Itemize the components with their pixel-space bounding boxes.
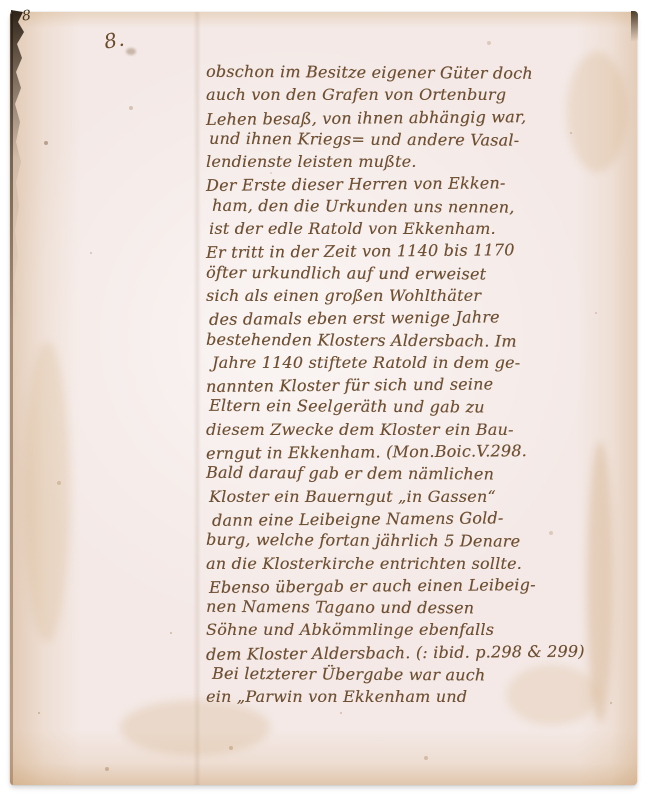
manuscript-line: burg, welche fortan jährlich 5 Denare (206, 529, 631, 554)
manuscript-line: Söhne und Abkömmlinge ebenfalls (206, 619, 631, 641)
ink-smudge (126, 48, 136, 55)
manuscript-line: auch von den Grafen von Ortenburg (206, 84, 631, 106)
manuscript-line: lendienste leisten mußte. (206, 151, 631, 173)
manuscript-line: Er tritt in der Zeit von 1140 bis 1170 (206, 239, 631, 265)
manuscript-line: Kloster ein Bauerngut „in Gassen“ (206, 486, 631, 508)
page-number: 8 (21, 8, 32, 25)
manuscript-line: nen Namens Tagano und dessen (206, 596, 631, 621)
manuscript-line: Eltern ein Seelgeräth und gab zu (206, 395, 631, 420)
paper-speckles (10, 12, 12, 14)
scan-background: 8 8. obschon im Besitze eigener Güter do… (0, 0, 650, 800)
manuscript-line: Lehen besaß, von ihnen abhängig war, (206, 105, 631, 131)
manuscript-line: sich als einen großen Wohlthäter (206, 285, 631, 307)
manuscript-line: Bald darauf gab er dem nämlichen (206, 462, 631, 487)
paper-crease (193, 12, 201, 785)
manuscript-line: dem Kloster Aldersbach. (: ibid. p.298 &… (206, 640, 631, 666)
binding-remnant-icon (8, 10, 30, 340)
manuscript-line: und ihnen Kriegs= und andere Vasal- (206, 128, 631, 153)
manuscript-line: des damals eben erst wenige Jahre (206, 305, 631, 331)
manuscript-page: 8 8. obschon im Besitze eigener Güter do… (10, 12, 637, 785)
manuscript-line: bestehenden Klosters Aldersbach. Im (206, 328, 631, 353)
manuscript-line: Jahre 1140 stiftete Ratold in dem ge- (206, 352, 631, 374)
manuscript-line: ist der edle Ratold von Ekkenham. (206, 218, 631, 240)
manuscript-line: öfter urkundlich auf und erweiset (206, 261, 631, 286)
manuscript-line: obschon im Besitze eigener Güter doch (206, 61, 631, 86)
foxing-stain (24, 342, 70, 642)
manuscript-line: Bei letzterer Übergabe war auch (206, 663, 631, 688)
manuscript-line: ham, den die Urkunden uns nennen, (206, 194, 631, 219)
manuscript-text-block: obschon im Besitze eigener Güter dochauc… (206, 62, 631, 709)
manuscript-line: diesem Zwecke dem Kloster ein Bau- (206, 419, 631, 441)
heading-numeral: 8. (102, 26, 127, 53)
manuscript-line: Der Erste dieser Herren von Ekken- (206, 172, 631, 198)
adjacent-page-sliver (631, 11, 638, 41)
manuscript-line: an die Klosterkirche entrichten sollte. (206, 553, 631, 575)
manuscript-line: ein „Parwin von Ekkenham und (206, 686, 631, 708)
manuscript-line: Ebenso übergab er auch einen Leibeig- (206, 573, 631, 599)
